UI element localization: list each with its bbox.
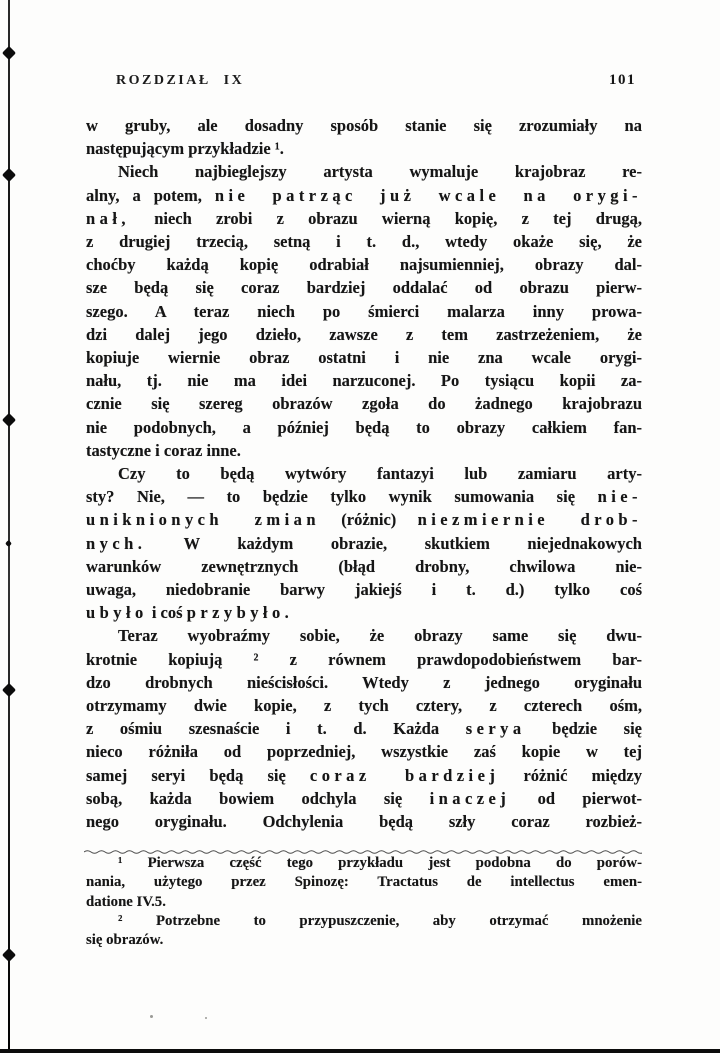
text-segment: W każdym obrazie, skutkiem niejednakowyc… <box>146 534 642 553</box>
footnote-separator <box>84 842 642 848</box>
binding-knot <box>5 540 12 547</box>
text-line: samej seryi będą się coraz bardziej różn… <box>86 764 642 787</box>
text-segment: nie podobnych, a później będą to obrazy … <box>86 418 642 437</box>
text-line: w gruby, ale dosadny sposób stanie się z… <box>86 114 642 137</box>
text-segment: niech zrobi z obrazu wierną kopię, z tej… <box>130 209 642 228</box>
text-segment: szego. A teraz niech po śmierci malarza … <box>86 302 642 321</box>
text-segment: datione IV.5. <box>86 894 166 910</box>
text-line: warunków zewnętrznych (błąd drobny, chwi… <box>86 555 642 578</box>
text-segment: będzie się <box>526 719 642 738</box>
wavy-rule <box>84 851 642 854</box>
text-line: uniknionych zmian (różnic) niezmiernie d… <box>86 508 642 531</box>
text-line: następującym przykładzie ¹. <box>86 137 642 160</box>
text-line: choćby każdą kopię odrabiał najsumiennie… <box>86 253 642 276</box>
text-line: ubyło i coś przybyło. <box>86 601 642 624</box>
text-segment: dzo drobnych nieścisłości. Wtedy z jedne… <box>86 673 642 692</box>
text-line: nych. W każdym obrazie, skutkiem niejedn… <box>86 532 642 555</box>
text-segment: samej seryi będą się <box>86 766 310 785</box>
binding-line <box>8 0 10 1053</box>
letterspaced-text: przybyło. <box>187 603 294 622</box>
text-line: nego oryginału. Odchylenia będą szły cor… <box>86 810 642 833</box>
text-segment: następującym przykładzie ¹. <box>86 139 284 158</box>
text-segment: w gruby, ale dosadny sposób stanie się z… <box>86 116 642 135</box>
text-line: cznie się szereg obrazów zgoła do żadneg… <box>86 392 642 415</box>
text-segment: różnić między <box>499 766 642 785</box>
text-segment: krotnie kopiują ² z równem prawdopodobie… <box>86 650 642 669</box>
text-line: nie podobnych, a później będą to obrazy … <box>86 416 642 439</box>
text-line: kopiuje wiernie obraz ostatni i nie zna … <box>86 346 642 369</box>
text-line: ² Potrzebne to przypuszczenie, aby otrzy… <box>86 912 642 931</box>
text-segment: się obrazów. <box>86 932 163 948</box>
text-line: nieco różniła od poprzedniej, wszystkie … <box>86 740 642 763</box>
text-line: nał, niech zrobi z obrazu wierną kopię, … <box>86 207 642 230</box>
text-segment: nieco różniła od poprzedniej, wszystkie … <box>86 742 642 761</box>
text-segment: nania, użytego przez Spinozę: Tractatus … <box>86 874 642 890</box>
text-segment: (różnic) <box>320 510 418 529</box>
text-line: z drugiej trzecią, setną i t. d., wtedy … <box>86 230 642 253</box>
chapter-title: ROZDZIAŁ IX <box>86 73 244 89</box>
footnotes: ¹ Pierwsza część tego przykładu jest pod… <box>86 854 642 950</box>
text-line: Niech najbieglejszy artysta wymaluje kra… <box>86 160 642 183</box>
text-segment: alny, a potem, <box>86 186 215 205</box>
letterspaced-text: ubyło <box>86 603 148 622</box>
text-line: sobą, każda bowiem odchyla się inaczej o… <box>86 787 642 810</box>
text-segment: z drugiej trzecią, setną i t. d., wtedy … <box>86 232 642 251</box>
text-segment: i coś <box>148 603 187 622</box>
text-segment: z ośmiu szesnaście i t. d. Każda <box>86 719 466 738</box>
text-line: ¹ Pierwsza część tego przykładu jest pod… <box>86 854 642 873</box>
text-line: się obrazów. <box>86 931 642 950</box>
binding-knot <box>2 683 16 697</box>
binding-knot <box>2 948 16 962</box>
text-line: dzo drobnych nieścisłości. Wtedy z jedne… <box>86 671 642 694</box>
text-segment: sty? Nie, — to będzie tylko wynik sumowa… <box>86 487 598 506</box>
text-line: z ośmiu szesnaście i t. d. Każda serya b… <box>86 717 642 740</box>
text-segment: warunków zewnętrznych (błąd drobny, chwi… <box>86 557 642 576</box>
binding-knot <box>2 46 16 60</box>
running-header: ROZDZIAŁ IX 101 <box>86 72 642 89</box>
text-line: datione IV.5. <box>86 893 642 912</box>
text-segment: kopiuje wiernie obraz ostatni i nie zna … <box>86 348 642 367</box>
letterspaced-text: nych. <box>86 534 146 553</box>
text-line: otrzymamy dwie kopie, z tych cztery, z c… <box>86 694 642 717</box>
letterspaced-text: serya <box>466 719 526 738</box>
binding-knot <box>2 168 16 182</box>
letterspaced-text: nał, <box>86 209 130 228</box>
text-segment: sobą, każda bowiem odchyla się <box>86 789 430 808</box>
text-line: Czy to będą wytwóry fantazyi lub zamiaru… <box>86 462 642 485</box>
text-segment: ¹ Pierwsza część tego przykładu jest pod… <box>118 855 642 871</box>
binding-knot <box>2 413 16 427</box>
text-line: alny, a potem, nie patrząc już wcale na … <box>86 184 642 207</box>
text-segment: ² Potrzebne to przypuszczenie, aby otrzy… <box>118 913 642 929</box>
text-line: dzi dalej jego dzieło, zawsze z tem zast… <box>86 323 642 346</box>
text-line: nania, użytego przez Spinozę: Tractatus … <box>86 873 642 892</box>
text-line: sty? Nie, — to będzie tylko wynik sumowa… <box>86 485 642 508</box>
text-segment: choćby każdą kopię odrabiał najsumiennie… <box>86 255 642 274</box>
letterspaced-text: coraz bardziej <box>310 766 499 785</box>
text-segment: Teraz wyobraźmy sobie, że obrazy same si… <box>118 626 642 645</box>
text-line: sze będą się coraz bardziej oddalać od o… <box>86 276 642 299</box>
page-number: 101 <box>609 72 642 89</box>
scanned-book-page: ROZDZIAŁ IX 101 w gruby, ale dosadny spo… <box>0 0 720 1053</box>
text-segment: dzi dalej jego dzieło, zawsze z tem zast… <box>86 325 642 344</box>
text-segment: uwaga, niedobranie barwy jakiejś i t. d.… <box>86 580 642 599</box>
text-segment: otrzymamy dwie kopie, z tych cztery, z c… <box>86 696 642 715</box>
scan-speck <box>150 1015 153 1018</box>
text-line: Teraz wyobraźmy sobie, że obrazy same si… <box>86 624 642 647</box>
text-segment: Niech najbieglejszy artysta wymaluje kra… <box>118 162 642 181</box>
text-line: krotnie kopiują ² z równem prawdopodobie… <box>86 648 642 671</box>
body-text: w gruby, ale dosadny sposób stanie się z… <box>86 114 642 833</box>
text-segment: nału, tj. nie ma idei narzuconej. Po tys… <box>86 371 642 390</box>
text-segment: od pierwot- <box>510 789 642 808</box>
text-segment: sze będą się coraz bardziej oddalać od o… <box>86 278 642 297</box>
text-line: uwaga, niedobranie barwy jakiejś i t. d.… <box>86 578 642 601</box>
page-bottom-edge <box>0 1049 720 1053</box>
text-line: szego. A teraz niech po śmierci malarza … <box>86 300 642 323</box>
text-line: nału, tj. nie ma idei narzuconej. Po tys… <box>86 369 642 392</box>
text-segment: tastyczne i coraz inne. <box>86 441 241 460</box>
text-line: tastyczne i coraz inne. <box>86 439 642 462</box>
letterspaced-text: niezmiernie drob- <box>418 510 642 529</box>
text-segment: Czy to będą wytwóry fantazyi lub zamiaru… <box>118 464 642 483</box>
text-segment: cznie się szereg obrazów zgoła do żadneg… <box>86 394 642 413</box>
letterspaced-text: nie- <box>598 487 642 506</box>
text-segment: nego oryginału. Odchylenia będą szły cor… <box>86 812 642 831</box>
letterspaced-text: inaczej <box>430 789 511 808</box>
scan-speck <box>205 1017 207 1019</box>
letterspaced-text: nie patrząc już wcale na orygi- <box>215 186 642 205</box>
letterspaced-text: uniknionych zmian <box>86 510 320 529</box>
